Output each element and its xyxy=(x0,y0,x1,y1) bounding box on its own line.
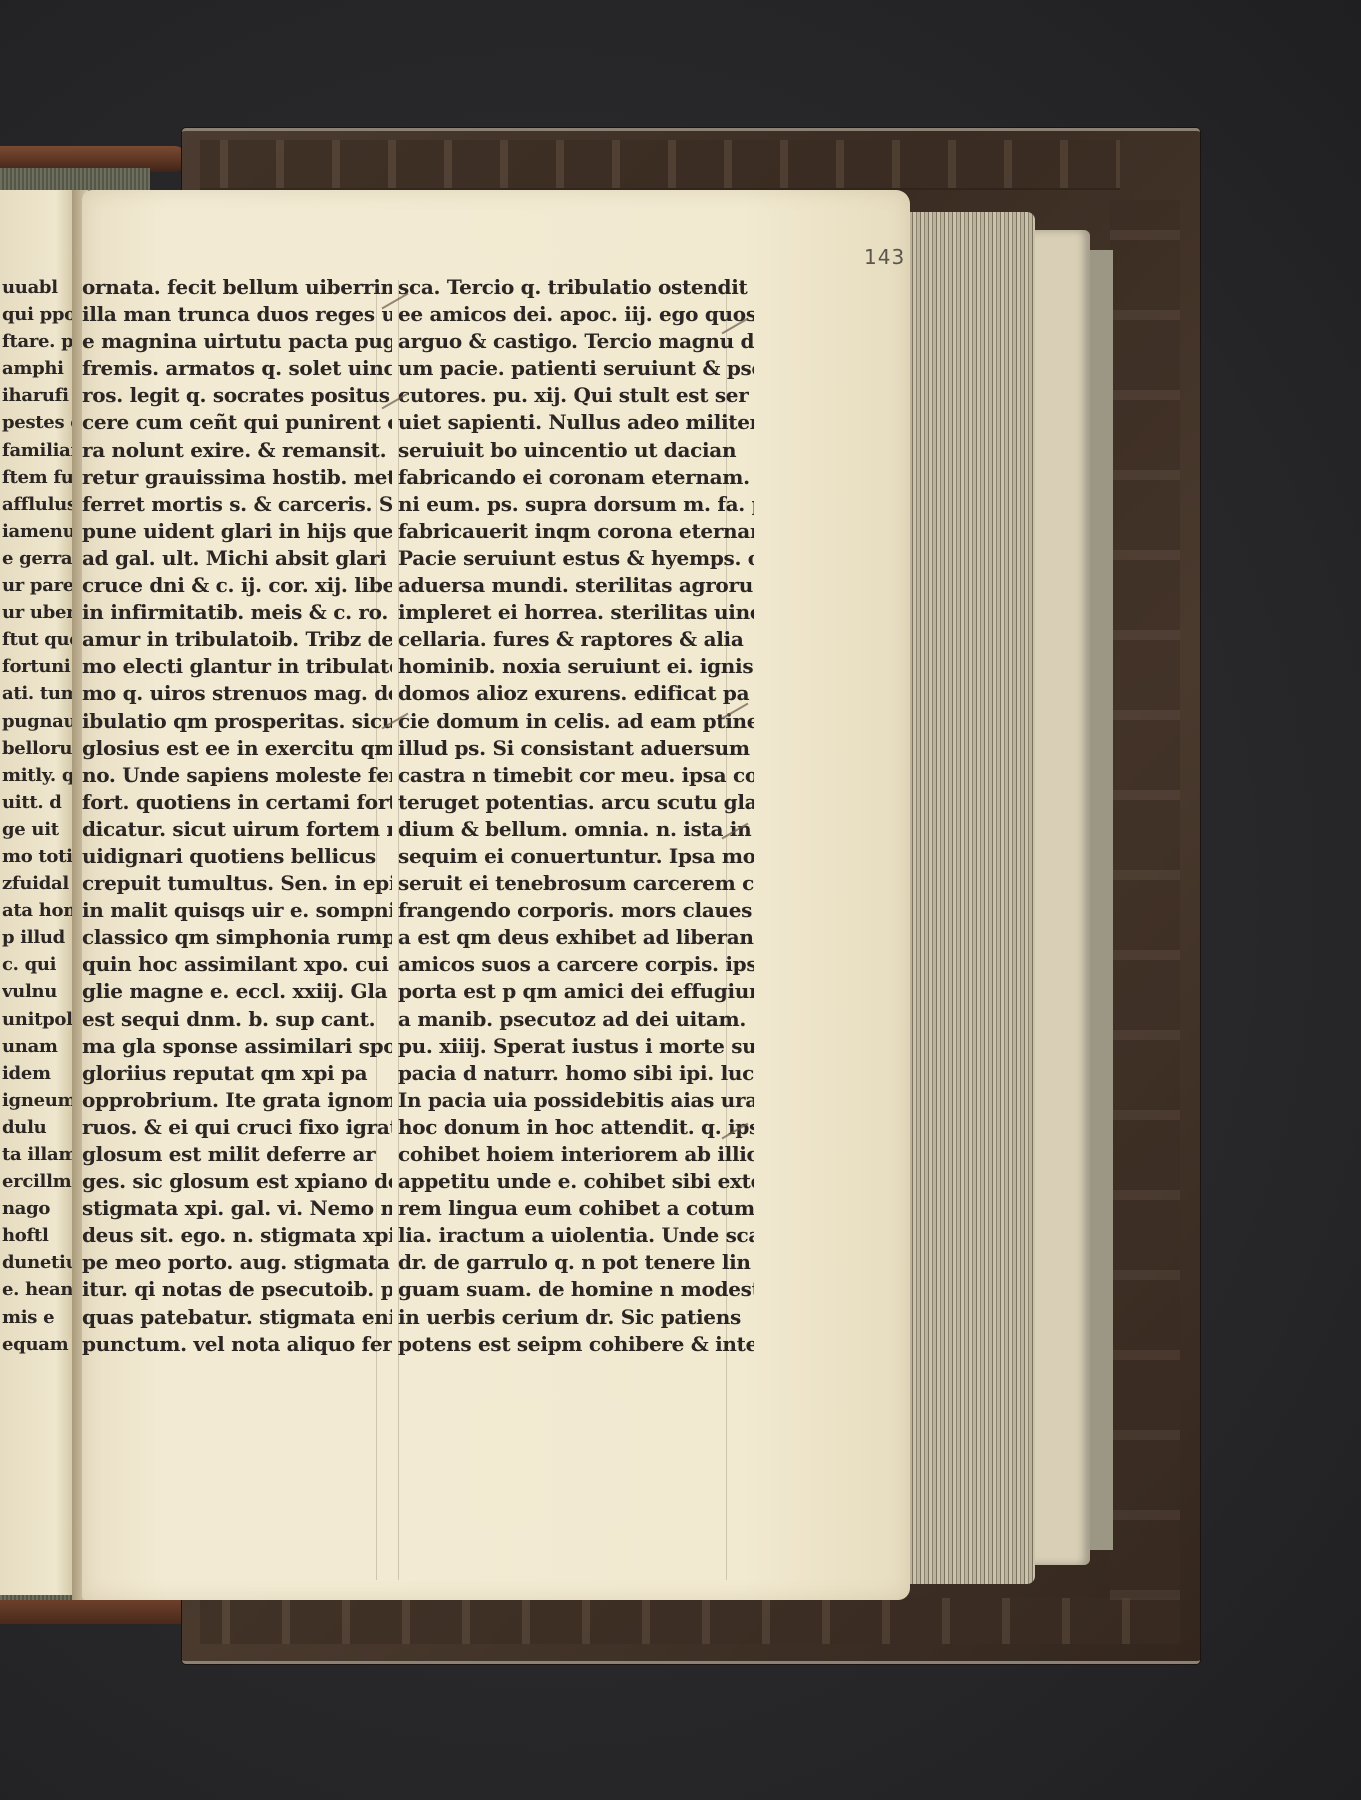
blind-tooled-border-right xyxy=(1110,200,1180,1600)
text-line: fremis. armatos q. solet uincere sepe xyxy=(82,355,392,382)
text-line: ma gla sponse assimilari spon xyxy=(82,1033,392,1060)
text-line: uiet sapienti. Nullus adeo militer xyxy=(398,409,754,436)
text-line-fragment: nago xyxy=(2,1195,72,1222)
text-line: dr. de garrulo q. n pot tenere lin xyxy=(398,1249,754,1276)
text-line: ornata. fecit bellum uiberrimis & mane xyxy=(82,274,392,301)
text-line: classico qm simphonia rumpi & xyxy=(82,924,392,951)
text-line-fragment: zfuidal xyxy=(2,870,72,897)
text-line: porta est p qm amici dei effugiunt xyxy=(398,978,754,1005)
text-line: est sequi dnm. b. sup cant. xyxy=(82,1006,392,1033)
text-line: pune uident glari in hijs que fe xyxy=(82,518,392,545)
text-line: rem lingua eum cohibet a cotume xyxy=(398,1195,754,1222)
text-line: illud ps. Si consistant aduersum me xyxy=(398,735,754,762)
text-line: pe meo porto. aug. stigmata ap xyxy=(82,1249,392,1276)
text-line: crepuit tumultus. Sen. in epist. xyxy=(82,870,392,897)
text-line-fragment: ftare. pau xyxy=(2,328,72,355)
folio-number: 143 xyxy=(864,245,905,269)
text-line-fragment: ati. tum xyxy=(2,680,72,707)
text-line: arguo & castigo. Tercio magnu dni xyxy=(398,328,754,355)
text-line: glosius est ee in exercitu qm i bal xyxy=(82,735,392,762)
verso-text-fragment: uuablqui pposftare. pauamphiiharufipeste… xyxy=(2,274,72,1358)
text-line-fragment: dunetiu xyxy=(2,1249,72,1276)
text-line-fragment: iharufi xyxy=(2,382,72,409)
text-line-fragment: ercillm xyxy=(2,1168,72,1195)
text-line: quas patebatur. stigmata eni xyxy=(82,1304,392,1331)
text-column-a: ornata. fecit bellum uiberrimis & maneil… xyxy=(82,274,392,1358)
text-line: stigmata xpi. gal. vi. Nemo m xyxy=(82,1195,392,1222)
text-line: amicos suos a carcere corpis. ipsa xyxy=(398,951,754,978)
text-line-fragment: e. hean xyxy=(2,1276,72,1303)
text-line: impleret ei horrea. sterilitas uinea xyxy=(398,599,754,626)
page-block-fore-edge xyxy=(905,212,1035,1584)
text-line: ra nolunt exire. & remansit. ut da xyxy=(82,437,392,464)
text-line-fragment: unam xyxy=(2,1033,72,1060)
text-line: cutores. pu. xij. Qui stult est ser xyxy=(398,382,754,409)
text-line: castra n timebit cor meu. ipsa con xyxy=(398,762,754,789)
text-line: ges. sic glosum est xpiano de xyxy=(82,1168,392,1195)
text-line: itur. qi notas de psecutoib. pe xyxy=(82,1276,392,1303)
text-line: domos alioz exurens. edificat pa xyxy=(398,680,754,707)
text-line: mo electi glantur in tribulatoiby. xyxy=(82,653,392,680)
text-line-fragment: uitt. d xyxy=(2,789,72,816)
text-line-fragment: belloru xyxy=(2,735,72,762)
text-line: dicatur. sicut uirum fortem no xyxy=(82,816,392,843)
text-line: in uerbis cerium dr. Sic patiens xyxy=(398,1304,754,1331)
text-line: lia. iractum a uiolentia. Unde scam xyxy=(398,1222,754,1249)
text-line-fragment: unitpol xyxy=(2,1006,72,1033)
text-line-fragment: iamenus xyxy=(2,518,72,545)
text-line: retur grauissima hostib. metu xyxy=(82,464,392,491)
text-line-fragment: ta illam xyxy=(2,1141,72,1168)
text-line: e magnina uirtutu pacta pugnat xyxy=(82,328,392,355)
text-line-fragment: pugnau xyxy=(2,708,72,735)
blind-tooled-border-top xyxy=(200,140,1120,190)
text-line: in malit quisqs uir e. sompniu xyxy=(82,897,392,924)
text-line-fragment: idem xyxy=(2,1060,72,1087)
text-line: cohibet hoiem interiorem ab illicito xyxy=(398,1141,754,1168)
text-line: Pacie seruiunt estus & hyemps. ora xyxy=(398,545,754,572)
text-line: ibulatio qm prosperitas. sicut mih xyxy=(82,708,392,735)
text-line: a manib. psecutoz ad dei uitam. xyxy=(398,1006,754,1033)
text-line-fragment: pestes e xyxy=(2,409,72,436)
text-line: potens est seipm cohibere & interi xyxy=(398,1331,754,1358)
text-line-fragment: vulnu xyxy=(2,978,72,1005)
text-line: cruce dni & c. ij. cor. xij. libent gla xyxy=(82,572,392,599)
text-line-fragment: igneum xyxy=(2,1087,72,1114)
text-line: deus sit. ego. n. stigmata xpi ihu xyxy=(82,1222,392,1249)
text-line: ruos. & ei qui cruci fixo igrat xyxy=(82,1114,392,1141)
text-line-fragment: mis e xyxy=(2,1304,72,1331)
text-line: amur in tribulatoib. Tribz de xyxy=(82,626,392,653)
text-line: um pacie. patienti seruiunt & pse xyxy=(398,355,754,382)
text-line: opprobrium. Ite grata ignomi xyxy=(82,1087,392,1114)
text-line: ni eum. ps. supra dorsum m. fa. pec xyxy=(398,491,754,518)
text-line: aduersa mundi. sterilitas agroru xyxy=(398,572,754,599)
text-line: ad gal. ult. Michi absit glari nisi xyxy=(82,545,392,572)
text-line-fragment: mitly. qu xyxy=(2,762,72,789)
text-line: cellaria. fures & raptores & alia xyxy=(398,626,754,653)
text-line: fabricauerit inqm corona eternam. xyxy=(398,518,754,545)
text-line: hoc donum in hoc attendit. q. ipsa xyxy=(398,1114,754,1141)
text-line-fragment: ur pares xyxy=(2,572,72,599)
text-line: pu. xiiij. Sperat iustus i morte sua. xyxy=(398,1033,754,1060)
text-line-fragment: ftut que xyxy=(2,626,72,653)
text-line: teruget potentias. arcu scutu gla xyxy=(398,789,754,816)
text-line: uidignari quotiens bellicus xyxy=(82,843,392,870)
text-line-fragment: afflulus xyxy=(2,491,72,518)
text-line-fragment: mo totil xyxy=(2,843,72,870)
text-line: sca. Tercio q. tribulatio ostendit eos xyxy=(398,274,754,301)
text-line: quin hoc assimilant xpo. cui alti xyxy=(82,951,392,978)
text-line-fragment: amphi xyxy=(2,355,72,382)
text-line-fragment: ata hom xyxy=(2,897,72,924)
text-line: fabricando ei coronam eternam. reg xyxy=(398,464,754,491)
text-line: cere cum ceñt qui punirent eu fu xyxy=(82,409,392,436)
text-line-fragment: e gerra xyxy=(2,545,72,572)
page-block-last-leaf xyxy=(1030,230,1090,1565)
blind-tooled-border-bottom xyxy=(200,1598,1180,1644)
text-line-fragment: qui ppos xyxy=(2,301,72,328)
text-line: ros. legit q. socrates positus i car xyxy=(82,382,392,409)
text-line: appetitu unde e. cohibet sibi exterio xyxy=(398,1168,754,1195)
text-line: gloriius reputat qm xpi pa xyxy=(82,1060,392,1087)
text-line: in infirmitatib. meis & c. ro. v. xyxy=(82,599,392,626)
text-line: dium & bellum. omnia. n. ista in ob xyxy=(398,816,754,843)
text-line-fragment: familiar xyxy=(2,437,72,464)
text-line-fragment: fortuni xyxy=(2,653,72,680)
text-column-b: sca. Tercio q. tribulatio ostendit eosee… xyxy=(398,274,754,1358)
text-line: glosum est milit deferre ar xyxy=(82,1141,392,1168)
text-line: ferret mortis s. & carceris. Sed xyxy=(82,491,392,518)
text-line: sequim ei conuertuntur. Ipsa mors xyxy=(398,843,754,870)
text-line-fragment: p illud xyxy=(2,924,72,951)
text-line: In pacia uia possidebitis aias uras. xyxy=(398,1087,754,1114)
text-line: a est qm deus exhibet ad liberandu xyxy=(398,924,754,951)
text-line: mo q. uiros strenuos mag. decet xyxy=(82,680,392,707)
text-line-fragment: hoftl xyxy=(2,1222,72,1249)
text-line-fragment: ftem fuga xyxy=(2,464,72,491)
text-line: seruit ei tenebrosum carcerem co xyxy=(398,870,754,897)
text-line: illa man trunca duos reges uicit. po xyxy=(82,301,392,328)
text-line-fragment: ur ubenti xyxy=(2,599,72,626)
text-line-fragment: dulu xyxy=(2,1114,72,1141)
text-line: pacia d naturr. homo sibi ipi. luc. xxi. xyxy=(398,1060,754,1087)
text-line: no. Unde sapiens moleste ferre xyxy=(82,762,392,789)
text-line: fort. quotiens in certami fortune xyxy=(82,789,392,816)
text-line: seruiuit bo uincentio ut dacian xyxy=(398,437,754,464)
text-line-fragment: c. qui xyxy=(2,951,72,978)
text-line-fragment: ge uit xyxy=(2,816,72,843)
text-line: frangendo corporis. mors claues regi xyxy=(398,897,754,924)
text-line: ee amicos dei. apoc. iij. ego quos amo xyxy=(398,301,754,328)
text-line: glie magne e. eccl. xxiij. Gla xyxy=(82,978,392,1005)
text-line-fragment: equam xyxy=(2,1331,72,1358)
text-line: hominib. noxia seruiunt ei. ignis xyxy=(398,653,754,680)
text-line-fragment: uuabl xyxy=(2,274,72,301)
text-line: punctum. vel nota aliquo ferro xyxy=(82,1331,392,1358)
text-line: cie domum in celis. ad eam ptinet xyxy=(398,708,754,735)
text-line: guam suam. de homine n modesto xyxy=(398,1276,754,1303)
